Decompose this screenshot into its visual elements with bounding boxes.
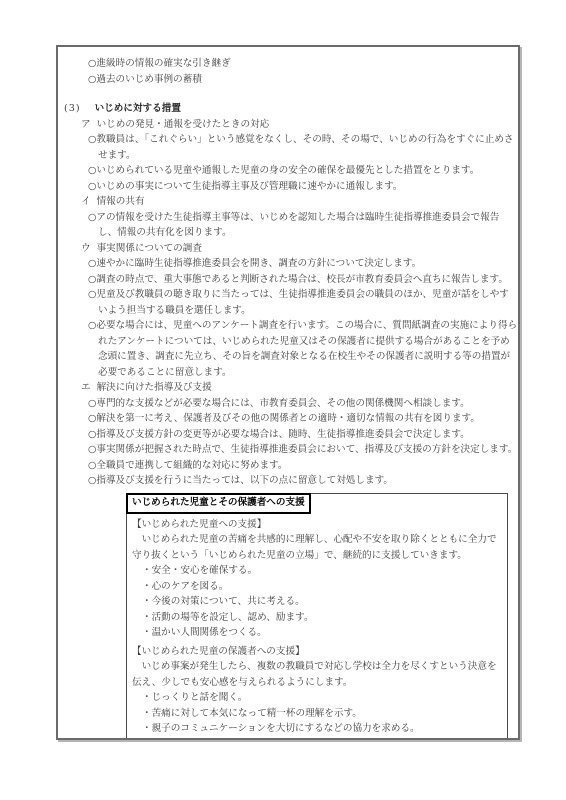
bullet-item: ・活動の場等を設定し、認め、励ます。	[132, 610, 501, 626]
group-heading: 【いじめられた児童の保護者への支援】	[132, 644, 501, 660]
list-item: ○事実関係が把握された時点で、生徒指導推進委員会において、指導及び支援の方針を決…	[58, 442, 518, 458]
list-item: ○調査の時点で、重大事態であると判断された場合は、校長が市教育委員会へ直ちに報告…	[58, 272, 518, 288]
subsection-title: 事実関係についての調査	[97, 243, 202, 254]
group-heading: 【いじめられた児童への支援】	[132, 517, 501, 533]
subsection-heading-u: ウ事実関係についての調査	[58, 241, 518, 257]
bullet-item: ・親子のコミュニケーションを大切にするなどの協力を求める。	[132, 721, 501, 737]
list-item: ○全職員で連携して組織的な対応に努めます。	[58, 458, 518, 474]
list-item: ○いじめの事実について生徒指導主事及び管理職に速やかに通報します。	[58, 179, 518, 195]
subsection-title: 解決に向けた指導及び支援	[97, 382, 212, 393]
list-item: ○速やかに臨時生徒指導推進委員会を開き、調査の方針について決定します。	[58, 256, 518, 272]
subsection-label: イ	[81, 196, 91, 207]
bullet-item: ・心のケアを図る。	[132, 579, 501, 595]
subsection-label: エ	[81, 382, 91, 393]
bullet-item: ・今後の対策について、共に考える。	[132, 594, 501, 610]
list-item: ○過去のいじめ事例の蓄積	[58, 72, 518, 88]
list-item: ○専門的な支援などが必要な場合には、市教育委員会、その他の関係機関へ相談します。	[58, 396, 518, 412]
section-number: (3)	[64, 103, 81, 114]
bullet-item: ・苦痛に対して本気になって精一杯の理解を示す。	[132, 706, 501, 722]
section-title: いじめに対する措置	[95, 103, 181, 114]
support-box-bullied-child: いじめられた児童とその保護者への支援 【いじめられた児童への支援】 いじめられた…	[126, 493, 508, 741]
bullet-item: ・じっくりと話を聞く。	[132, 690, 501, 706]
support-box-title-row: いじめられた児童とその保護者への支援	[132, 494, 501, 514]
subsection-heading-a: アいじめの発見・通報を受けたときの対応	[58, 117, 518, 133]
list-item: ○児童及び教職員の聴き取りに当たっては、生徒指導推進委員会の職員のほか、児童が話…	[58, 287, 518, 318]
section-heading: (3)いじめに対する措置	[58, 101, 518, 117]
group-paragraph: いじめられた児童の苦痛を共感的に理解し、心配や不安を取り除くとともに全力で守り抜…	[132, 532, 501, 563]
subsection-heading-e: エ解決に向けた指導及び支援	[58, 380, 518, 396]
list-item: ○解決を第一に考え、保護者及びその他の関係者との適時・適切な情報の共有を図ります…	[58, 411, 518, 427]
list-item: ○指導及び支援方針の変更等が必要な場合は、随時、生徒指導推進委員会で決定します。	[58, 427, 518, 443]
subsection-heading-i: イ情報の共有	[58, 194, 518, 210]
list-item: ○いじめられている児童や通報した児童の身の安全の確保を最優先とした措置をとります…	[58, 163, 518, 179]
list-item: ○アの情報を受けた生徒指導主事等は、いじめを認知した場合は臨時生徒指導推進委員会…	[58, 210, 518, 241]
list-item: ○教職員は、「これぐらい」という感覚をなくし、その時、その場で、いじめの行為をす…	[58, 132, 518, 163]
bullet-item: ・温かい人間関係をつくる。	[132, 625, 501, 641]
subsection-label: ウ	[81, 243, 91, 254]
document-page-frame: ○進級時の情報の確実な引き継ぎ ○過去のいじめ事例の蓄積 (3)いじめに対する措…	[56, 45, 520, 740]
bullet-item: ・安全・安心を確保する。	[132, 563, 501, 579]
subsection-label: ア	[81, 119, 91, 130]
subsection-title: 情報の共有	[97, 196, 145, 207]
group-paragraph: いじめ事案が発生したら、複数の教職員で対応し学校は全力を尽くすという決意を伝え、…	[132, 659, 501, 690]
support-box-title: いじめられた児童とその保護者への支援	[126, 493, 311, 514]
subsection-title: いじめの発見・通報を受けたときの対応	[97, 119, 270, 130]
list-item: ○必要な場合には、児童へのアンケート調査を行います。この場合に、質問紙調査の実施…	[58, 318, 518, 380]
list-item: ○指導及び支援を行うに当たっては、以下の点に留意して対処します。	[58, 473, 518, 489]
list-item: ○進級時の情報の確実な引き継ぎ	[58, 56, 518, 72]
